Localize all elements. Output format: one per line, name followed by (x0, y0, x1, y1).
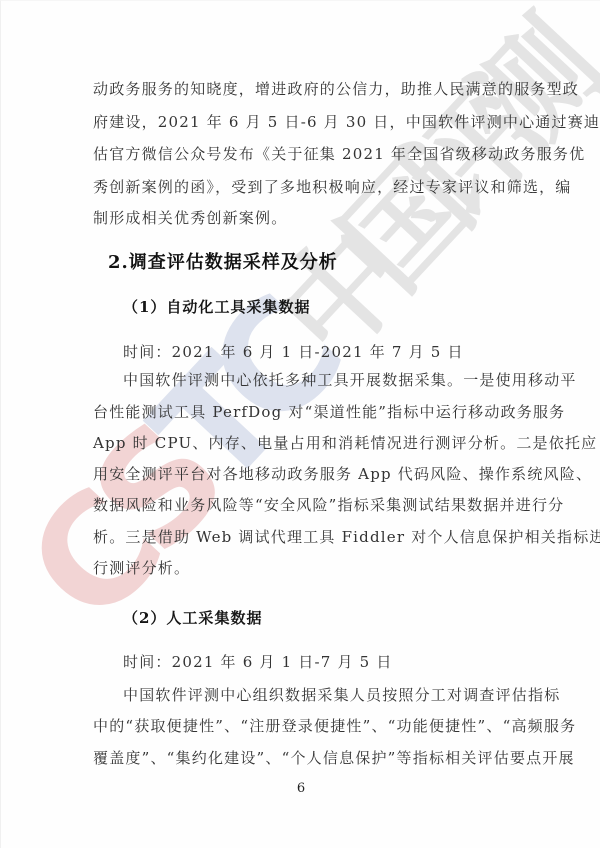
paragraph-line: 制形成相关优秀创新案例。 (93, 208, 511, 228)
section-heading: 2.调查评估数据采样及分析 (108, 251, 338, 275)
paragraph-line: 中国软件评测中心依托多种工具开展数据采集。一是使用移动平 (123, 370, 511, 390)
document-page: C S T C 中 国 评 测 动政务服务的知晓度，增进政府的公信力，助推人民满… (0, 0, 600, 848)
paragraph-line: 用安全测评平台对各地移动政务服务 App 代码风险、操作系统风险、 (93, 464, 511, 484)
paragraph-line: 动政务服务的知晓度，增进政府的公信力，助推人民满意的服务型政 (93, 79, 511, 99)
paragraph-line: 估官方微信公众号发布《关于征集 2021 年全国省级移动政务服务优 (93, 144, 511, 164)
paragraph-line: 台性能测试工具 PerfDog 对“渠道性能”指标中运行移动政务服务 (93, 402, 511, 422)
paragraph-line: 秀创新案例的函》，受到了多地积极响应，经过专家评议和筛选，编 (93, 177, 511, 197)
subsection-heading: （1）自动化工具采集数据 (123, 297, 310, 317)
paragraph-line: 中的“获取便捷性”、“注册登录便捷性”、“功能便捷性”、“高频服务 (93, 716, 511, 736)
paragraph-line: App 时 CPU、内存、电量占用和消耗情况进行测评分析。二是依托应 (93, 433, 511, 453)
paragraph-line: 府建设，2021 年 6 月 5 日-6 月 30 日，中国软件评测中心通过赛迪… (93, 112, 511, 132)
page-content: 动政务服务的知晓度，增进政府的公信力，助推人民满意的服务型政 府建设，2021 … (1, 1, 600, 848)
time-range: 时间：2021 年 6 月 1 日-7 月 5 日 (123, 652, 511, 672)
time-range: 时间：2021 年 6 月 1 日-2021 年 7 月 5 日 (123, 342, 511, 362)
paragraph-line: 数据风险和业务风险等“安全风险”指标采集测试结果数据并进行分 (93, 495, 511, 515)
subsection-heading: （2）人工采集数据 (123, 608, 262, 628)
page-number: 6 (1, 781, 600, 796)
paragraph-line: 析。三是借助 Web 调试代理工具 Fiddler 对个人信息保护相关指标进 (93, 527, 511, 547)
paragraph-line: 中国软件评测中心组织数据采集人员按照分工对调查评估指标 (123, 685, 511, 705)
paragraph-line: 覆盖度”、“集约化建设”、“个人信息保护”等指标相关评估要点开展 (93, 748, 511, 768)
paragraph-line: 行测评分析。 (93, 558, 511, 578)
